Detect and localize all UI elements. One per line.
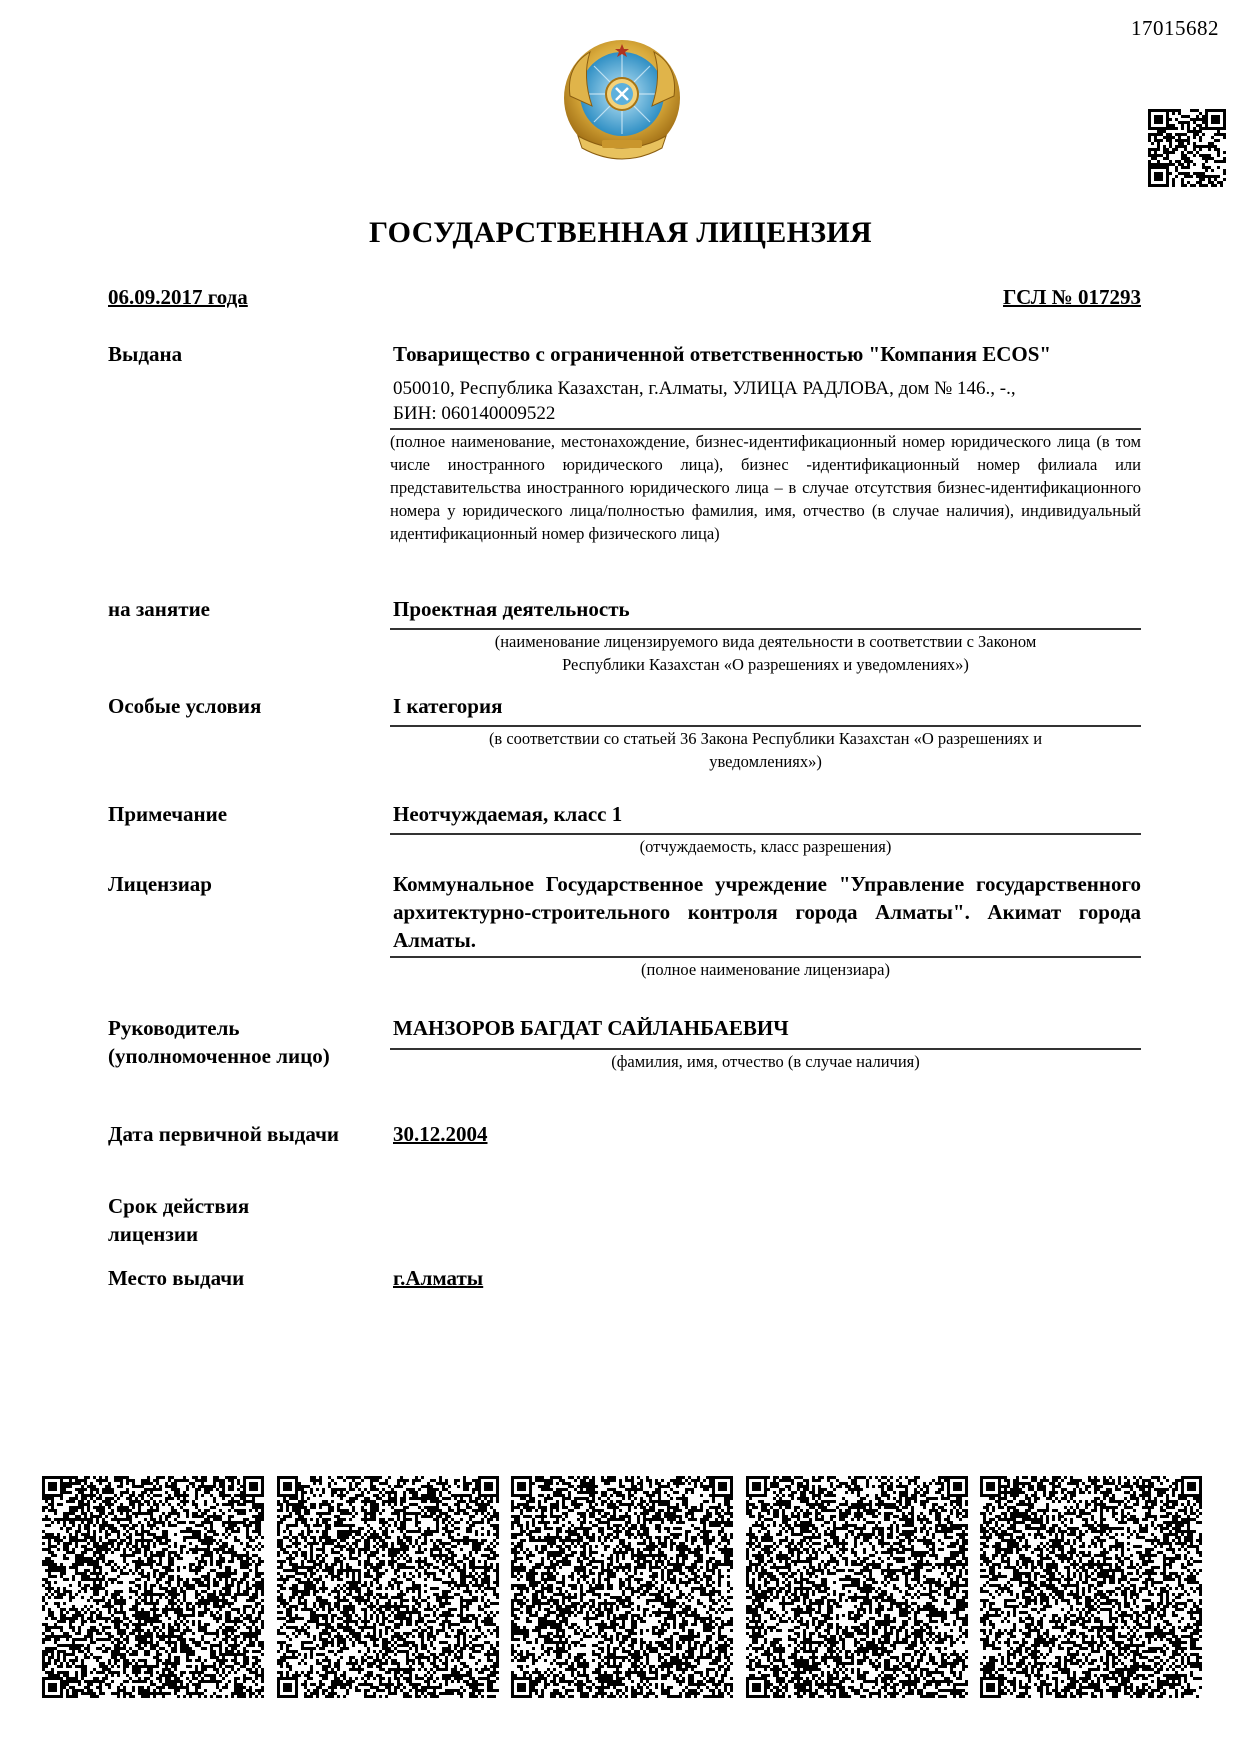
- note-hint: (отчуждаемость, класс разрешения): [390, 835, 1141, 858]
- license-number: ГСЛ № 017293: [1003, 285, 1141, 310]
- top-qr-code-icon: [1148, 109, 1226, 187]
- head-value: МАНЗОРОВ БАГДАТ САЙЛАНБАЕВИЧ: [393, 1014, 1141, 1042]
- licensor-value: Коммунальное Государственное учреждение …: [393, 870, 1141, 954]
- issued-to-value: Товарищество с ограниченной ответственно…: [393, 340, 1141, 368]
- activity-hint-line2: Республики Казахстан «О разрешениях и ув…: [390, 653, 1141, 676]
- qr-code-icon: [277, 1476, 499, 1698]
- head-label-line2: (уполномоченное лицо): [108, 1042, 330, 1070]
- kazakhstan-emblem-icon: [556, 36, 688, 168]
- issue-date: 06.09.2017 года: [108, 285, 248, 310]
- head-label-line1: Руководитель: [108, 1014, 239, 1042]
- validity-label-line1: Срок действия: [108, 1192, 249, 1220]
- special-conditions-hint-line1: (в соответствии со статьей 36 Закона Рес…: [390, 727, 1141, 750]
- activity-label: на занятие: [108, 595, 210, 623]
- validity-label-line2: лицензии: [108, 1220, 198, 1248]
- issued-to-label: Выдана: [108, 340, 182, 368]
- issued-to-hint: (полное наименование, местонахождение, б…: [390, 430, 1141, 545]
- first-issue-date-value: 30.12.2004: [393, 1120, 488, 1148]
- qr-code-icon: [511, 1476, 733, 1698]
- qr-code-icon: [746, 1476, 968, 1698]
- issued-to-bin: БИН: 060140009522: [393, 401, 1141, 426]
- licensor-label: Лицензиар: [108, 870, 212, 898]
- place-of-issue-label: Место выдачи: [108, 1264, 244, 1292]
- note-value: Неотчуждаемая, класс 1: [393, 800, 1141, 828]
- qr-code-icon: [980, 1476, 1202, 1698]
- head-hint: (фамилия, имя, отчество (в случае наличи…: [390, 1050, 1141, 1073]
- issued-to-address: 050010, Республика Казахстан, г.Алматы, …: [393, 376, 1141, 401]
- special-conditions-label: Особые условия: [108, 692, 261, 720]
- page-title: ГОСУДАРСТВЕННАЯ ЛИЦЕНЗИЯ: [0, 216, 1241, 250]
- document-number: 17015682: [1131, 16, 1219, 41]
- first-issue-date-label: Дата первичной выдачи: [108, 1120, 339, 1148]
- licensor-hint: (полное наименование лицензиара): [390, 958, 1141, 981]
- special-conditions-hint-line2: уведомлениях»): [390, 750, 1141, 773]
- activity-hint-line1: (наименование лицензируемого вида деятел…: [390, 630, 1141, 653]
- qr-code-icon: [42, 1476, 264, 1698]
- note-label: Примечание: [108, 800, 227, 828]
- special-conditions-value: I категория: [393, 692, 1141, 720]
- qr-code-strip: [42, 1476, 1202, 1698]
- place-of-issue-value: г.Алматы: [393, 1264, 483, 1292]
- activity-value: Проектная деятельность: [393, 595, 1141, 623]
